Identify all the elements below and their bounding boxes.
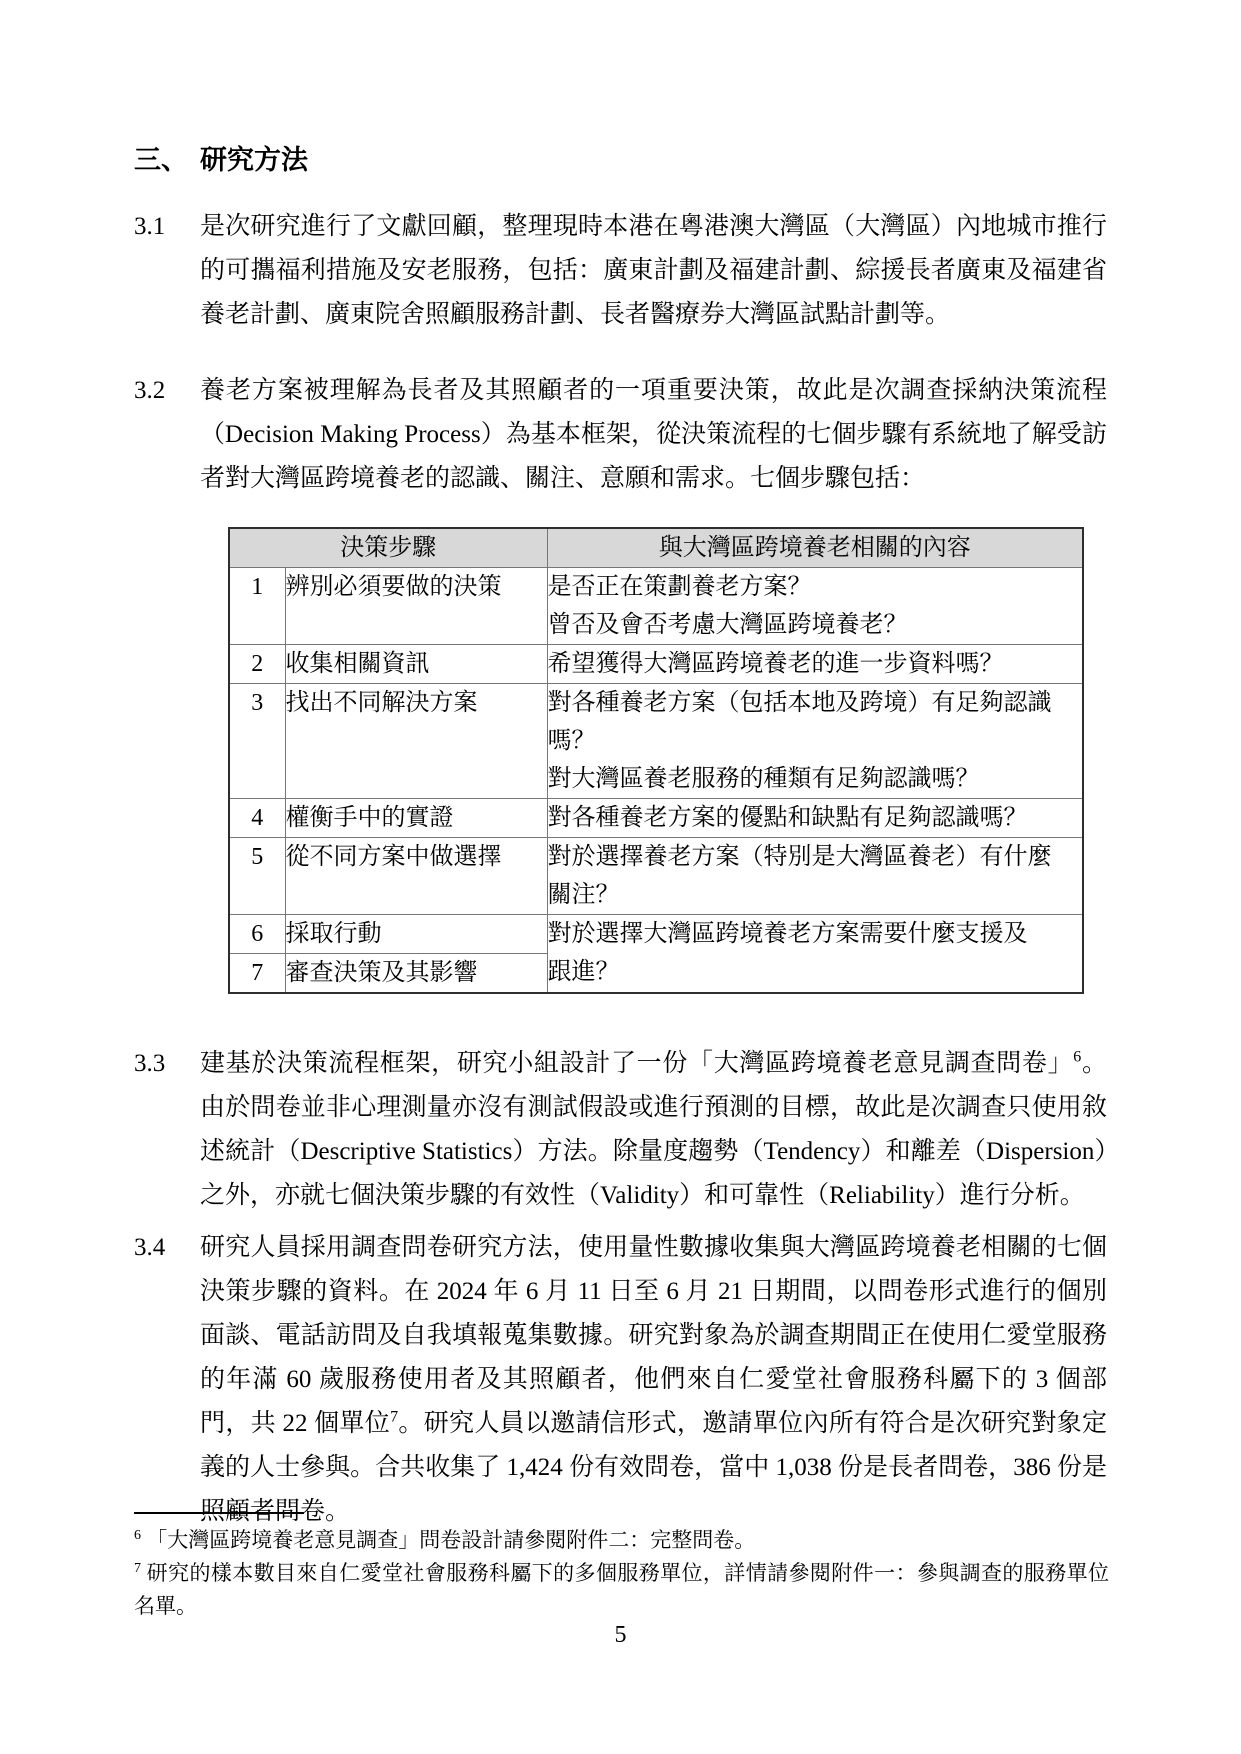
row-number: 2 [229, 645, 285, 684]
paragraph-text-segment: 研究人員採用調查問卷研究方法，使用量性數據收集與大灣區跨境養老相關的七個決策步驟… [200, 1234, 1107, 1437]
row-number: 4 [229, 799, 285, 838]
footnote-text: 「大灣區跨境養老意見調查」問卷設計請參閱附件二：完整問卷。 [146, 1528, 755, 1552]
paragraph-3-2: 3.2 養老方案被理解為長者及其照顧者的一項重要決策，故此是次調查採納決策流程（… [134, 369, 1107, 501]
paragraph-label: 3.3 [134, 1042, 200, 1218]
row-step: 找出不同解決方案 [285, 684, 547, 799]
paragraph-text-segment: 建基於決策流程框架，研究小組設計了一份「大灣區跨境養老意見調查問卷」 [200, 1050, 1073, 1077]
table-row: 5 從不同方案中做選擇 對於選擇養老方案（特別是大灣區養老）有什麼 關注？ [229, 838, 1083, 915]
paragraph-text: 養老方案被理解為長者及其照顧者的一項重要決策，故此是次調查採納決策流程（Deci… [200, 369, 1107, 501]
paragraph-label: 3.1 [134, 205, 200, 337]
footnote-text: 研究的樣本數目來自仁愛堂社會服務科屬下的多個服務單位，詳情請參閱附件一：參與調查… [134, 1561, 1109, 1618]
paragraph-3-3: 3.3 建基於決策流程框架，研究小組設計了一份「大灣區跨境養老意見調查問卷」6。… [134, 1042, 1107, 1218]
decision-steps-table: 決策步驟 與大灣區跨境養老相關的內容 1 辨別必須要做的決策 是否正在策劃養老方… [228, 527, 1084, 994]
row-content: 希望獲得大灣區跨境養老的進一步資料嗎？ [547, 645, 1083, 684]
row-content: 對各種養老方案的優點和缺點有足夠認識嗎？ [547, 799, 1083, 838]
row-number: 1 [229, 568, 285, 645]
table-row: 4 權衡手中的實證 對各種養老方案的優點和缺點有足夠認識嗎？ [229, 799, 1083, 838]
section-heading: 三、 研究方法 [134, 138, 1107, 182]
paragraph-label: 3.2 [134, 369, 200, 501]
section-number: 三、 [134, 138, 200, 182]
row-step: 辨別必須要做的決策 [285, 568, 547, 645]
header-cell-content: 與大灣區跨境養老相關的內容 [547, 528, 1083, 568]
footnote-separator [134, 1512, 304, 1514]
paragraph-text: 研究人員採用調查問卷研究方法，使用量性數據收集與大灣區跨境養老相關的七個決策步驟… [200, 1226, 1107, 1534]
row-content: 對於選擇養老方案（特別是大灣區養老）有什麼 關注？ [547, 838, 1083, 915]
section-title: 研究方法 [200, 138, 308, 182]
row-step: 權衡手中的實證 [285, 799, 547, 838]
row-step: 採取行動 [285, 915, 547, 954]
row-number: 7 [229, 954, 285, 994]
table-row: 1 辨別必須要做的決策 是否正在策劃養老方案？ 曾否及會否考慮大灣區跨境養老？ [229, 568, 1083, 645]
table-row: 3 找出不同解決方案 對各種養老方案（包括本地及跨境）有足夠認識 嗎？ 對大灣區… [229, 684, 1083, 799]
row-number: 6 [229, 915, 285, 954]
row-step: 從不同方案中做選擇 [285, 838, 547, 915]
table-row: 2 收集相關資訊 希望獲得大灣區跨境養老的進一步資料嗎？ [229, 645, 1083, 684]
paragraph-3-1: 3.1 是次研究進行了文獻回顧，整理現時本港在粵港澳大灣區（大灣區）內地城市推行… [134, 205, 1107, 337]
footnote-6: 6 「大灣區跨境養老意見調查」問卷設計請參閱附件二：完整問卷。 [134, 1524, 1109, 1557]
row-number: 5 [229, 838, 285, 915]
footnote-number: 7 [134, 1561, 141, 1576]
table-row: 6 採取行動 對於選擇大灣區跨境養老方案需要什麼支援及 跟進？ [229, 915, 1083, 954]
row-content-merged: 對於選擇大灣區跨境養老方案需要什麼支援及 跟進？ [547, 915, 1083, 994]
header-cell-steps: 決策步驟 [229, 528, 547, 568]
paragraph-text: 是次研究進行了文獻回顧，整理現時本港在粵港澳大灣區（大灣區）內地城市推行的可攜福… [200, 205, 1107, 337]
paragraph-label: 3.4 [134, 1226, 200, 1534]
row-content: 是否正在策劃養老方案？ 曾否及會否考慮大灣區跨境養老？ [547, 568, 1083, 645]
row-step: 審查決策及其影響 [285, 954, 547, 994]
footnote-number: 6 [134, 1528, 141, 1543]
footnote-7: 7 研究的樣本數目來自仁愛堂社會服務科屬下的多個服務單位，詳情請參閱附件一：參與… [134, 1557, 1109, 1623]
row-number: 3 [229, 684, 285, 799]
footnote-ref-7: 7 [390, 1409, 398, 1426]
paragraph-3-4: 3.4 研究人員採用調查問卷研究方法，使用量性數據收集與大灣區跨境養老相關的七個… [134, 1226, 1107, 1534]
page-number: 5 [0, 1620, 1241, 1650]
row-content: 對各種養老方案（包括本地及跨境）有足夠認識 嗎？ 對大灣區養老服務的種類有足夠認… [547, 684, 1083, 799]
document-page: 三、 研究方法 3.1 是次研究進行了文獻回顧，整理現時本港在粵港澳大灣區（大灣… [0, 0, 1241, 1754]
paragraph-text: 建基於決策流程框架，研究小組設計了一份「大灣區跨境養老意見調查問卷」6。由於問卷… [200, 1042, 1107, 1218]
row-step: 收集相關資訊 [285, 645, 547, 684]
table-header-row: 決策步驟 與大灣區跨境養老相關的內容 [229, 528, 1083, 568]
footnote-section: 6 「大灣區跨境養老意見調查」問卷設計請參閱附件二：完整問卷。 7 研究的樣本數… [134, 1512, 1109, 1623]
